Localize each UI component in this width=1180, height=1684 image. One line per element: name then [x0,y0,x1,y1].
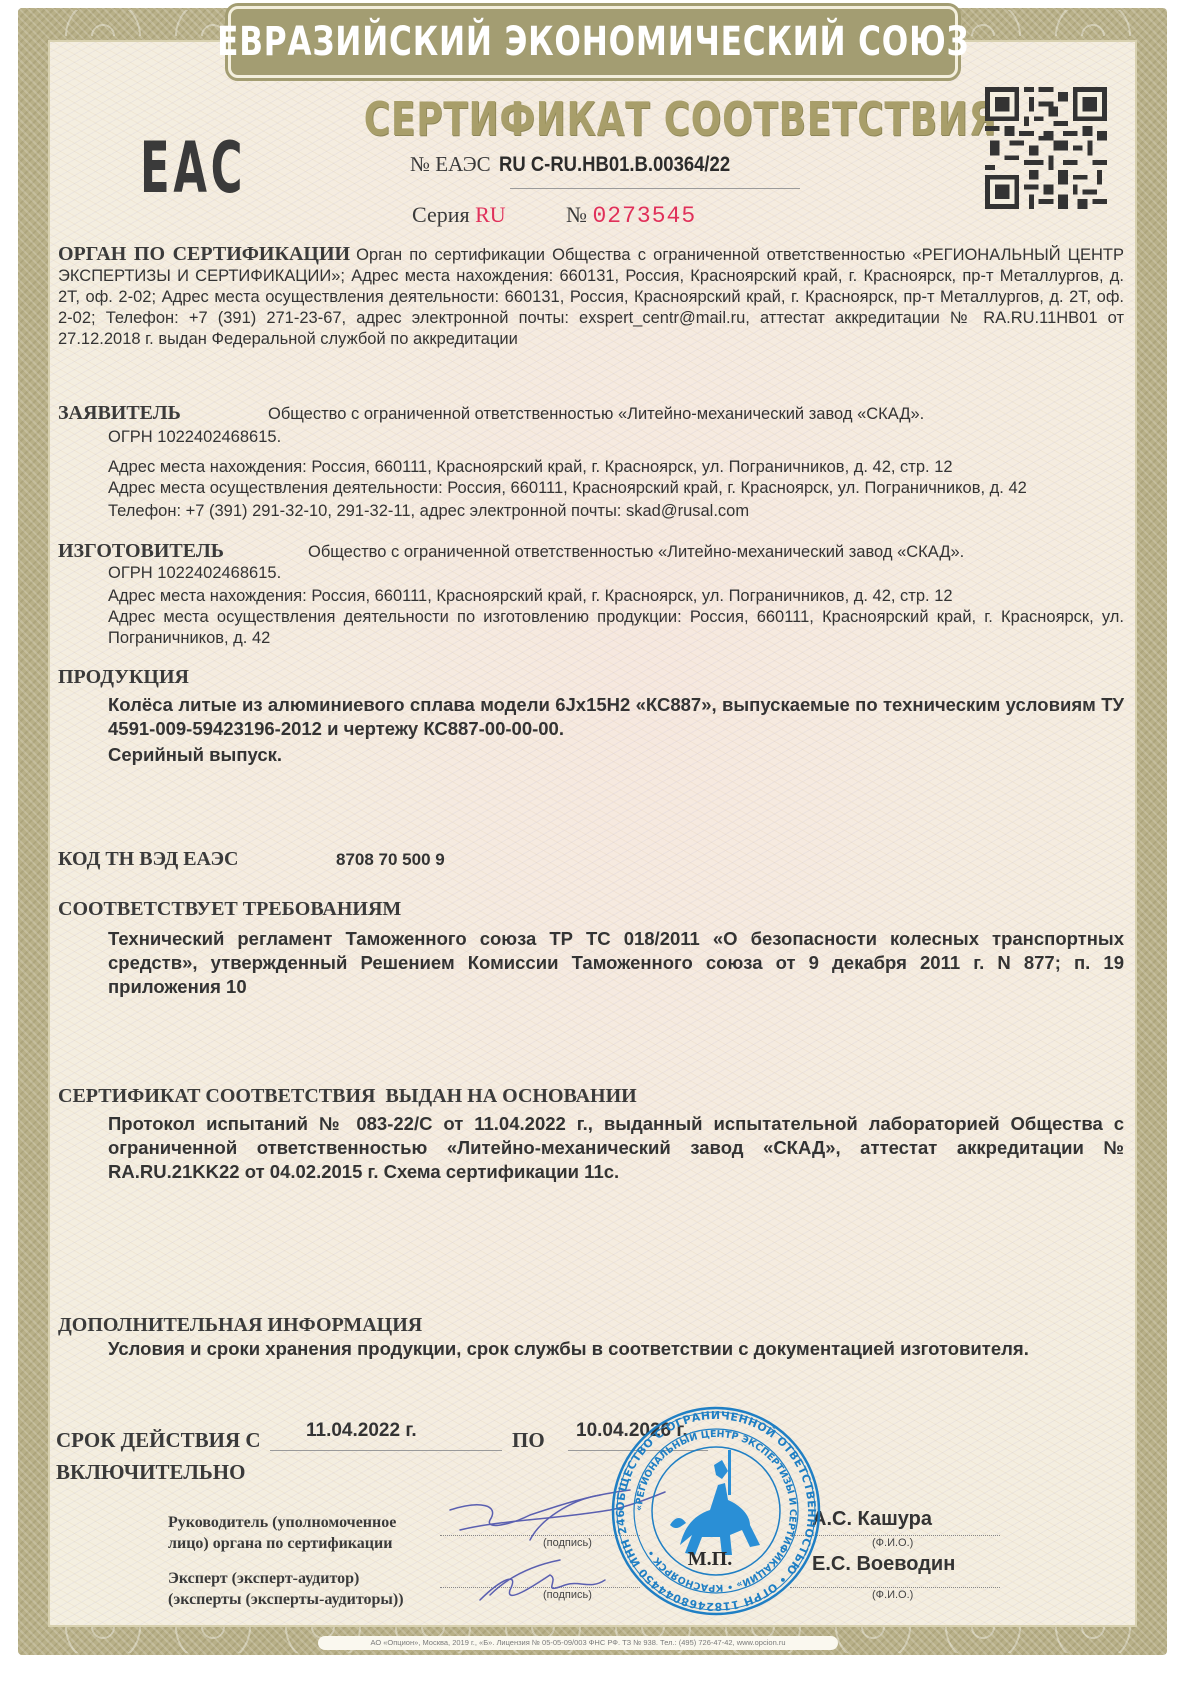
additional-info-heading: ДОПОЛНИТЕЛЬНАЯ ИНФОРМАЦИЯ [58,1314,1124,1337]
basis-heading: СЕРТИФИКАТ СООТВЕТСТВИЯ ВЫДАН НА ОСНОВАН… [58,1085,1124,1108]
series-label: Серия [412,202,470,227]
head-name: А.С. Кашура [812,1508,932,1531]
series-number-value: 0273545 [593,203,697,229]
certificate-number-value: RU C-RU.HB01.B.00364/22 [499,153,730,177]
certification-body-section: ОРГАН ПО СЕРТИФИКАЦИИОрган по сертификац… [58,244,1124,350]
expert-signatory-label: Эксперт (эксперт-аудитор) (эксперты (экс… [168,1568,404,1610]
applicant-section: ЗАЯВИТЕЛЬ Общество с ограниченной ответс… [58,402,1124,522]
series-number: № 0273545 [566,202,696,229]
hs-code-value: 8708 70 500 9 [336,848,445,872]
series: Серия RU [412,202,506,228]
certificate-number: № ЕАЭС RU C-RU.HB01.B.00364/22 [410,152,761,177]
printer-imprint: АО «Опцион», Москва, 2019 г., «Б». Лицен… [318,1636,838,1650]
manufacturer-section: ИЗГОТОВИТЕЛЬ Общество с ограниченной отв… [58,540,1124,649]
document-title: СЕРТИФИКАТ СООТВЕТСТВИЯ [364,92,816,146]
head-label-line2: лицо) органа по сертификации [168,1533,396,1554]
certificate-number-underline [510,188,800,189]
basis-section: СЕРТИФИКАТ СООТВЕТСТВИЯ ВЫДАН НА ОСНОВАН… [58,1085,1124,1184]
applicant-name: Общество с ограниченной ответственностью… [268,404,924,425]
additional-info-section: ДОПОЛНИТЕЛЬНАЯ ИНФОРМАЦИЯ Условия и срок… [58,1314,1124,1361]
head-signatory-label: Руководитель (уполномоченное лицо) орган… [168,1512,396,1554]
expert-fio-caption: (Ф.И.О.) [872,1589,913,1601]
manufacturer-heading: ИЗГОТОВИТЕЛЬ [58,540,308,563]
requirements-text: Технический регламент Таможенного союза … [58,927,1124,999]
applicant-address-activity: Адрес места осуществления деятельности: … [58,478,1124,499]
expert-name: Е.С. Воеводин [812,1553,955,1576]
official-seal-icon: ОБЩЕСТВО С ОГРАНИЧЕННОЙ ОТВЕТСТВЕННОСТЬЮ… [610,1405,822,1617]
validity-from-label: СРОК ДЕЙСТВИЯ С [56,1428,261,1453]
hs-code-section: КОД ТН ВЭД ЕАЭС 8708 70 500 9 [58,848,1124,872]
applicant-address-location: Адрес места нахождения: Россия, 660111, … [58,457,1124,478]
manufacturer-name: Общество с ограниченной ответственностью… [308,542,1124,563]
eac-logo-icon: ЕАС [140,132,191,204]
product-description: Колёса литые из алюминиевого сплава моде… [58,693,1124,741]
applicant-contacts: Телефон: +7 (391) 291-32-10, 291-32-11, … [58,501,1124,522]
validity-from-underline [270,1450,502,1451]
series-number-label: № [566,202,587,227]
seal-mp-label: М.П. [688,1548,732,1570]
series-value: RU [475,202,506,227]
qr-code-icon[interactable] [985,87,1107,209]
certificate-number-label: № ЕАЭС [410,152,491,177]
requirements-heading: СООТВЕТСТВУЕТ ТРЕБОВАНИЯМ [58,898,1124,921]
union-banner: ЕВРАЗИЙСКИЙ ЭКОНОМИЧЕСКИЙ СОЮЗ [228,6,958,78]
requirements-section: СООТВЕТСТВУЕТ ТРЕБОВАНИЯМ Технический ре… [58,898,1124,999]
manufacturer-address-production: Адрес места осуществления деятельности п… [58,607,1124,649]
union-banner-text: ЕВРАЗИЙСКИЙ ЭКОНОМИЧЕСКИЙ СОЮЗ [217,19,969,65]
validity-from-date: 11.04.2022 г. [306,1420,417,1442]
basis-text: Протокол испытаний № 083-22/С от 11.04.2… [58,1112,1124,1184]
product-heading: ПРОДУКЦИЯ [58,666,1124,689]
head-label-line1: Руководитель (уполномоченное [168,1512,396,1533]
expert-label-line1: Эксперт (эксперт-аудитор) [168,1568,404,1589]
product-release-type: Серийный выпуск. [58,743,1124,767]
certification-body-heading: ОРГАН ПО СЕРТИФИКАЦИИ [58,243,350,265]
validity-inclusive-label: ВКЛЮЧИТЕЛЬНО [56,1460,245,1485]
head-fio-caption: (Ф.И.О.) [872,1537,913,1549]
manufacturer-address-location: Адрес места нахождения: Россия, 660111, … [58,586,1124,607]
product-section: ПРОДУКЦИЯ Колёса литые из алюминиевого с… [58,666,1124,767]
expert-label-line2: (эксперты (эксперты-аудиторы)) [168,1589,404,1610]
manufacturer-ogrn: ОГРН 1022402468615. [58,563,1124,584]
validity-to-label: ПО [512,1428,545,1453]
applicant-heading: ЗАЯВИТЕЛЬ [58,402,268,425]
applicant-ogrn: ОГРН 1022402468615. [58,427,1124,448]
hs-code-heading: КОД ТН ВЭД ЕАЭС [58,848,336,871]
additional-info-text: Условия и сроки хранения продукции, срок… [58,1337,1124,1361]
